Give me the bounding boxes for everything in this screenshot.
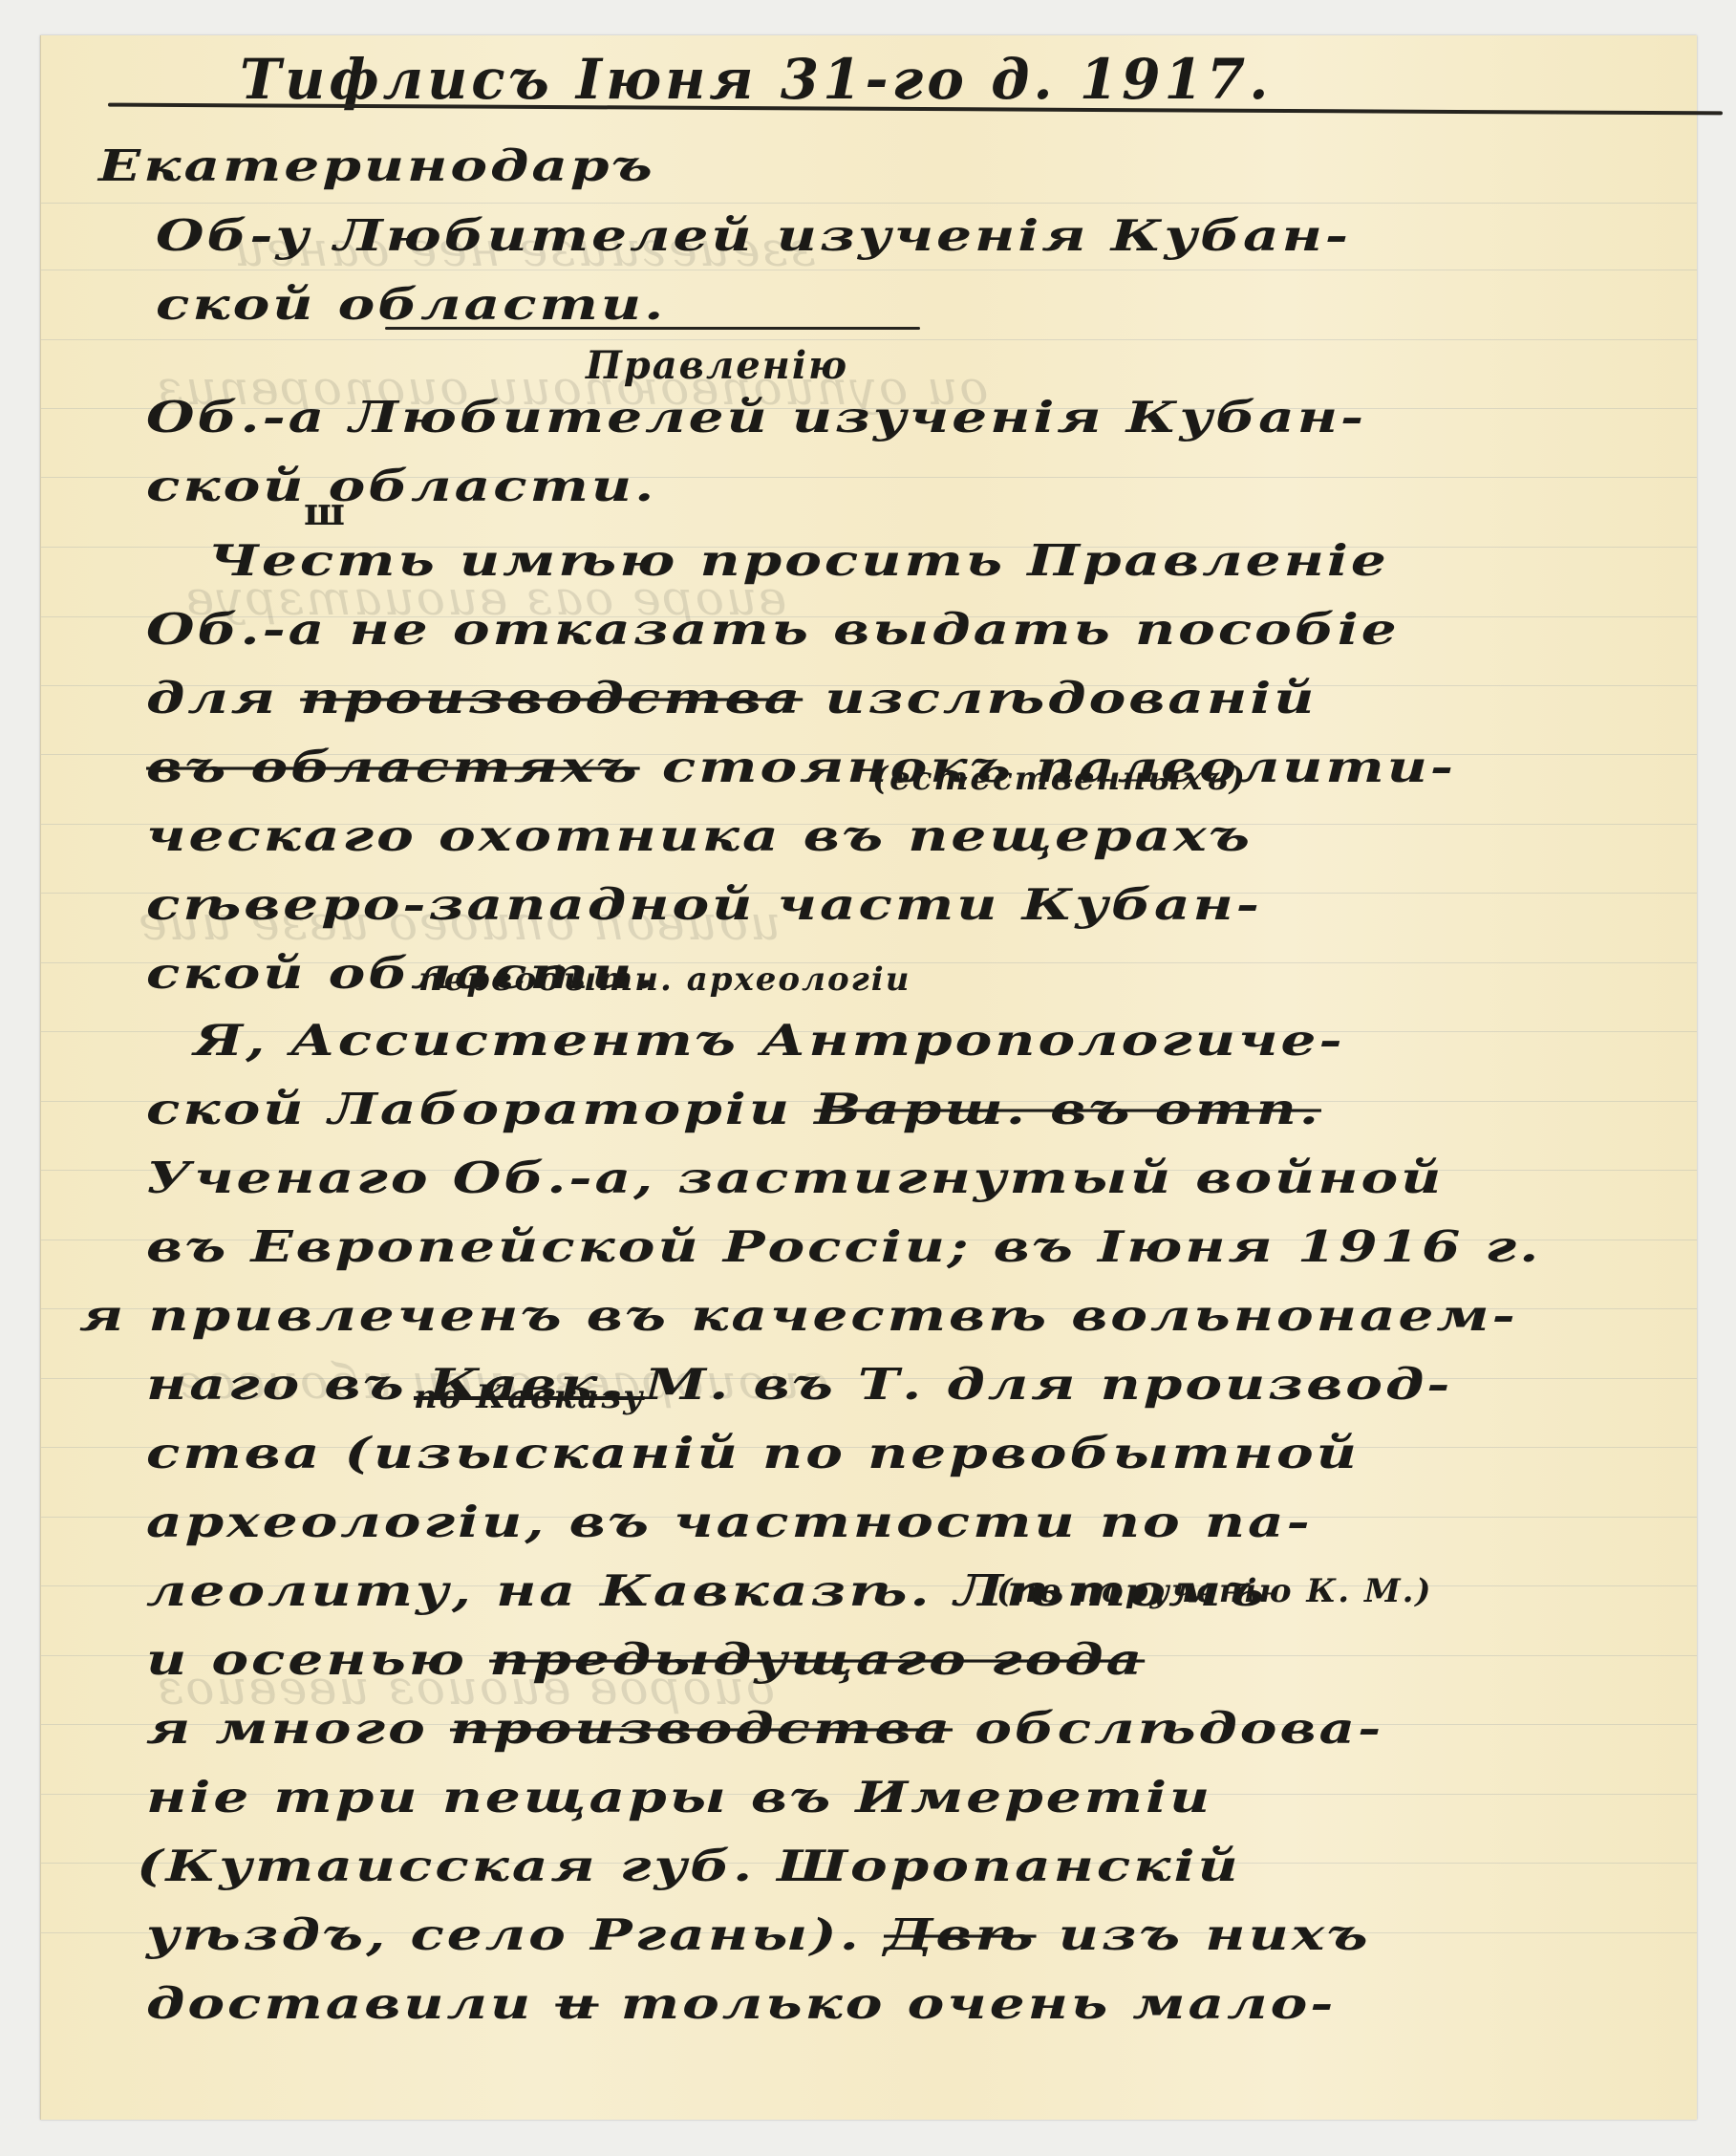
body-line: (Кутаисская губ. Шоропанскій [137,1841,1241,1891]
inserted-word: Правленію [586,343,848,388]
ruled-line [41,203,1697,204]
body-line: въ Европейской Россіи; въ Іюня 1916 г. [146,1221,1541,1272]
section-divider [385,327,920,330]
body-line: Я, Ассистентъ Антропологиче- [194,1015,1345,1066]
inserted-by-order: (по порученію К. М.) [997,1572,1433,1610]
salutation-line: Об.-а Любителей изученія Кубан- [146,392,1366,442]
struck-text: производства [450,1703,953,1754]
body-line: уѣздъ, село Рганы). Двѣ изъ нихъ [146,1909,1370,1960]
struck-text: Двѣ [884,1909,1037,1960]
scribble-mark: ш [304,489,345,534]
text-span: и осенью [146,1634,489,1685]
inserted-natural: (естественныхъ) [872,760,1247,798]
letter-page: ззеиегиизе нее оанеи ои оупиопвоюпоии ои… [40,35,1697,2120]
body-line: археологіи, въ частности по па- [146,1497,1313,1547]
letter-header-date: Тифлисъ Іюня 31-го д. 1917. [240,47,1272,112]
struck-text: предыдущаго года [489,1634,1145,1685]
salutation-line: ской области. [146,461,656,511]
body-line: ства (изысканій по первобытной [146,1428,1360,1478]
body-line: ской Лабораторіи Варш. въ отп. [146,1084,1321,1134]
struck-text: въ областяхъ [146,742,640,792]
text-span: доставили [146,1978,555,2029]
body-line: для производства изслѣдованій [146,673,1317,723]
body-line: сѣверо-западной части Кубан- [146,879,1262,930]
text-span: уѣздъ, село Рганы). [146,1909,884,1960]
body-line: ніе три пещары въ Имеретіи [146,1772,1212,1822]
addressee-line: Об-у Любителей изученія Кубан- [156,210,1351,261]
addressee-line: ской области. [156,279,666,330]
body-line: и осенью предыдущаго года [146,1634,1145,1685]
struck-text: производства [300,673,803,723]
body-line: я много производства обслѣдова- [146,1703,1383,1754]
text-span: изслѣдованій [803,673,1317,723]
text-span: я много [146,1703,450,1754]
inserted-archaeology: первобытн. археологіи [418,960,911,999]
text-span: ской Лабораторіи [146,1084,814,1134]
body-line: Об.-а не отказать выдать пособіе [146,604,1400,655]
struck-insertion: по Кавказу [414,1378,645,1416]
body-line: наго въ Кавк. М. въ Т. для производ- [146,1359,1452,1410]
body-line: въ областяхъ стоянокъ палеолити- [146,742,1456,792]
addressee-city: Екатеринодаръ [98,140,655,191]
text-span: только очень мало- [599,1978,1337,2029]
text-span: изъ нихъ [1037,1909,1371,1960]
body-line: Честь имѣю просить Правленіе [208,535,1389,586]
text-span: для [146,673,300,723]
body-line: ческаго охотника въ пещерахъ [146,810,1253,861]
text-span: обслѣдова- [953,1703,1383,1754]
body-line: доставили и только очень мало- [146,1978,1336,2029]
ruled-line [41,339,1697,340]
body-line: я привлеченъ въ качествѣ вольнонаем- [79,1290,1518,1341]
body-line: Ученаго Об.-а, застигнутый войной [146,1153,1444,1203]
struck-text: Варш. въ отп. [814,1084,1321,1134]
struck-text: и [555,1978,598,2029]
